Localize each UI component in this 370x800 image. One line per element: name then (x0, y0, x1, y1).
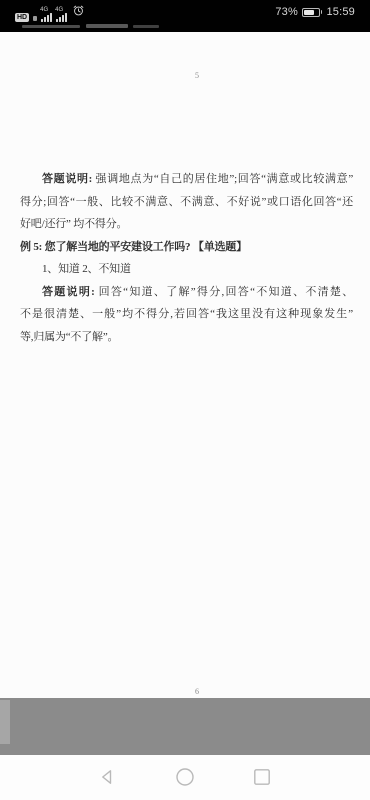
nav-recents-button[interactable] (242, 757, 282, 797)
cutoff-toolbar-fragment (22, 25, 80, 28)
text-line: 等,归属为“不了解”。 (20, 326, 353, 349)
text-line: 1、知道 2、不知道 (20, 258, 353, 281)
nav-home-button[interactable] (165, 757, 205, 797)
hd-volte-icon: HD (15, 13, 29, 22)
text-line: 例 5: 您了解当地的平安建设工作吗? 【单选题】 (20, 236, 353, 259)
text-line: 答题说明: 回答“知道、了解”得分,回答“不知道、不清楚、 (20, 281, 353, 304)
text-line: 答题说明: 强调地点为“自己的居住地”;回答“满意或比较满意” (20, 168, 353, 191)
android-nav-bar (0, 755, 370, 800)
sim-indicator-icon (33, 16, 37, 21)
back-triangle-icon (97, 767, 117, 787)
signal-strength-sim2-icon: 4G (56, 8, 67, 22)
nav-back-button[interactable] (87, 757, 127, 797)
page-number-top: 5 (195, 71, 199, 80)
page-background-gap (0, 698, 370, 755)
alarm-clock-icon (73, 3, 84, 21)
page-text: 答题说明: 强调地点为“自己的居住地”;回答“满意或比较满意”得分;回答“一般、… (20, 168, 353, 348)
text-line: 得分;回答“一般、比较不满意、不满意、不好说”或口语化回答“还 (20, 191, 353, 214)
document-page[interactable]: 5 答题说明: 强调地点为“自己的居住地”;回答“满意或比较满意”得分;回答“一… (0, 32, 370, 698)
battery-percent: 73% (275, 6, 298, 18)
recents-square-icon (252, 767, 272, 787)
clock-time: 15:59 (326, 6, 355, 18)
battery-icon (302, 8, 323, 17)
home-circle-icon (175, 767, 195, 787)
status-bar: HD 4G 4G 73% (0, 0, 370, 32)
page-number-bottom: 6 (195, 687, 199, 696)
cutoff-toolbar-fragment (86, 24, 128, 28)
text-line: 好吧/还行” 均不得分。 (20, 213, 353, 236)
signal-strength-sim1-icon: 4G (41, 8, 52, 22)
next-page-edge (0, 700, 10, 744)
text-line: 不是很清楚、一般”均不得分,若回答“我这里没有这种现象发生” (20, 303, 353, 326)
cutoff-toolbar-fragment (133, 25, 159, 28)
